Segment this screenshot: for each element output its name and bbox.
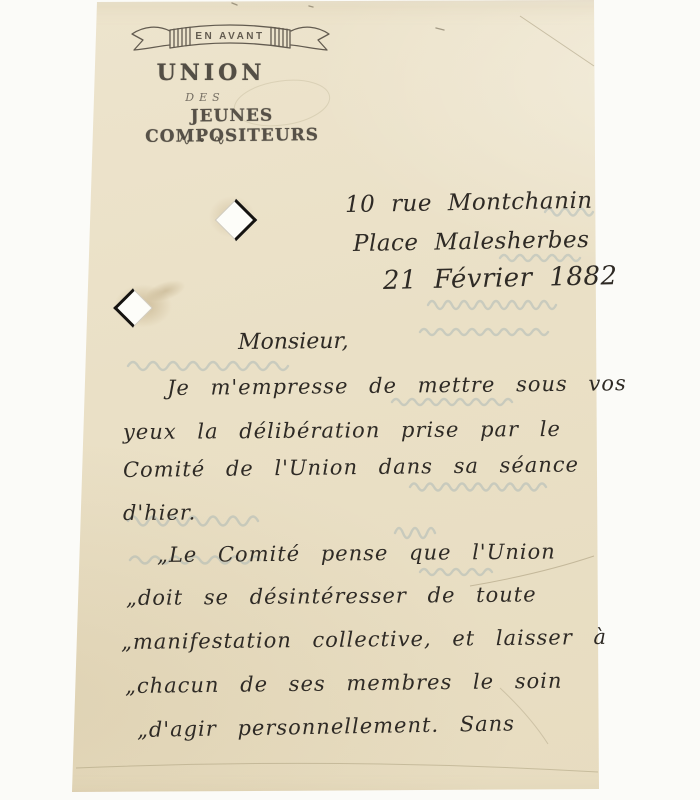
scanned-letter-page: EN AVANT UNION DES JEUNES COMPOSITEURS ∿… xyxy=(0,0,700,800)
letterhead-des: DES xyxy=(125,91,285,104)
address-line-place: Place Malesherbes xyxy=(353,227,590,257)
body-line: yeux la délibération prise par le xyxy=(123,417,561,444)
salutation: Monsieur, xyxy=(238,329,349,355)
body-line-quoted: „doit se désintéresser de toute xyxy=(126,582,537,610)
banner-text: EN AVANT xyxy=(195,31,264,42)
letterhead-union: UNION xyxy=(131,60,291,86)
flourish-ornament-icon: ∿ • ∿ xyxy=(123,131,283,149)
address-line-street: 10 rue Montchanin xyxy=(345,188,593,218)
body-line-quoted: „Le Comité pense que l'Union xyxy=(157,540,556,567)
body-line-quoted: „manifestation collective, et laisser à xyxy=(121,625,607,654)
body-line: d'hier. xyxy=(123,500,196,525)
letter-date: 21 Février 1882 xyxy=(383,261,618,296)
body-line: Je m'empresse de mettre sous vos xyxy=(167,371,627,400)
en-avant-ribbon-icon: EN AVANT xyxy=(128,16,333,62)
